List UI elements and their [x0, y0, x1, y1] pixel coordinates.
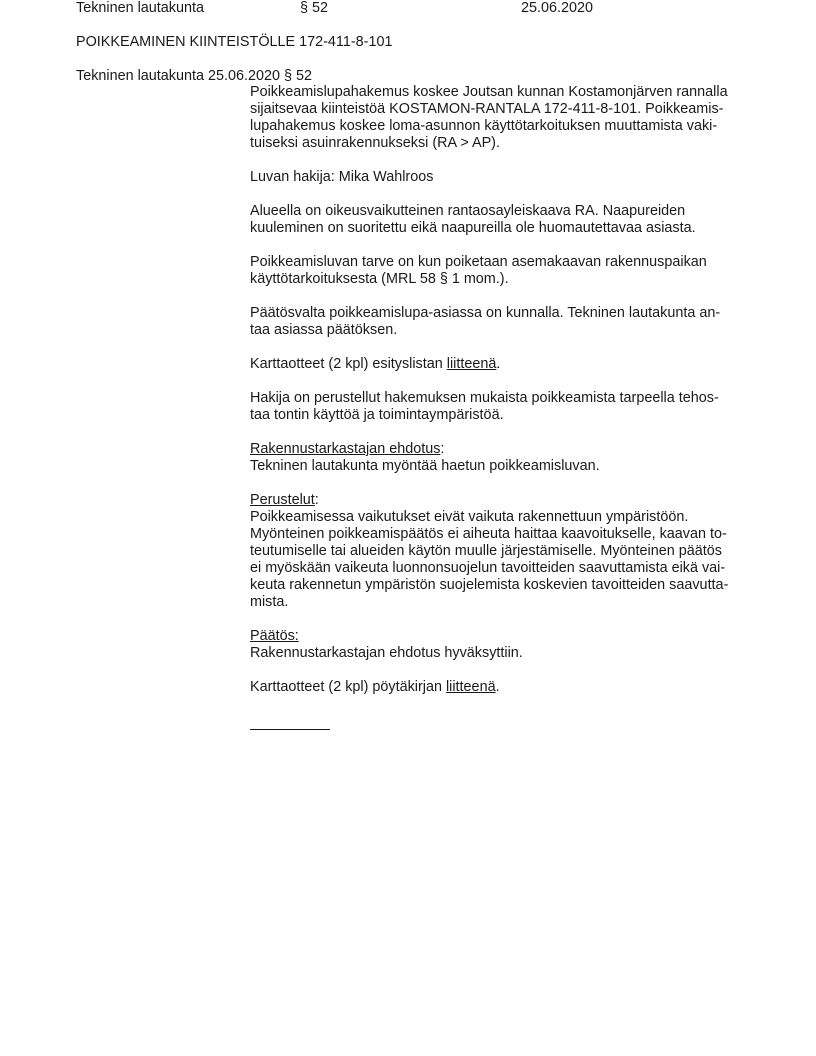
closing-attachment-link[interactable]: liitteenä — [446, 679, 496, 695]
proposal-text: Tekninen lautakunta myöntää haetun poikk… — [250, 458, 600, 474]
proposal-colon: : — [440, 441, 444, 457]
decision-label: Päätös: — [250, 628, 299, 644]
closing-period: . — [496, 679, 500, 695]
paragraph-applicant: Luvan hakija: Mika Wahlroos — [250, 169, 750, 186]
decision-text: Rakennustarkastajan ehdotus hyväksyttiin… — [250, 645, 523, 661]
decision-section: Päätös: Rakennustarkastajan ehdotus hyvä… — [250, 628, 750, 662]
header-body-name: Tekninen lautakunta — [76, 0, 204, 17]
proposal-section: Rakennustarkastajan ehdotus: Tekninen la… — [250, 441, 750, 475]
rationale-section: Perustelut: Poikkeamisessa vaikutukset e… — [250, 492, 750, 611]
document-body: Poikkeamislupahakemus koskee Joutsan kun… — [250, 84, 750, 730]
attachments-period: . — [496, 356, 500, 372]
proposal-label: Rakennustarkastajan ehdotus — [250, 441, 440, 457]
attachment-link[interactable]: liitteenä — [447, 356, 497, 372]
paragraph-justification: Hakija on perustellut hakemuksen mukaist… — [250, 390, 750, 424]
rationale-label: Perustelut — [250, 492, 315, 508]
meeting-reference: Tekninen lautakunta 25.06.2020 § 52 — [76, 68, 312, 85]
paragraph-authority: Päätösvalta poikkeamislupa-asiassa on ku… — [250, 305, 750, 339]
header-section-number: § 52 — [300, 0, 328, 17]
closing-attachments: Karttaotteet (2 kpl) pöytäkirjan liittee… — [250, 679, 750, 696]
attachments-text: Karttaotteet (2 kpl) esityslistan — [250, 356, 447, 372]
paragraph-attachments: Karttaotteet (2 kpl) esityslistan liitte… — [250, 356, 750, 373]
separator-line — [250, 713, 330, 730]
paragraph-application: Poikkeamislupahakemus koskee Joutsan kun… — [250, 84, 750, 152]
header-date: 25.06.2020 — [521, 0, 593, 17]
rationale-colon: : — [315, 492, 319, 508]
closing-text: Karttaotteet (2 kpl) pöytäkirjan — [250, 679, 446, 695]
rationale-text: Poikkeamisessa vaikutukset eivät vaikuta… — [250, 509, 728, 610]
paragraph-permit-need: Poikkeamisluvan tarve on kun poiketaan a… — [250, 254, 750, 288]
paragraph-zoning: Alueella on oikeusvaikutteinen rantaosay… — [250, 203, 750, 237]
document-title: POIKKEAMINEN KIINTEISTÖLLE 172-411-8-101 — [76, 34, 392, 51]
